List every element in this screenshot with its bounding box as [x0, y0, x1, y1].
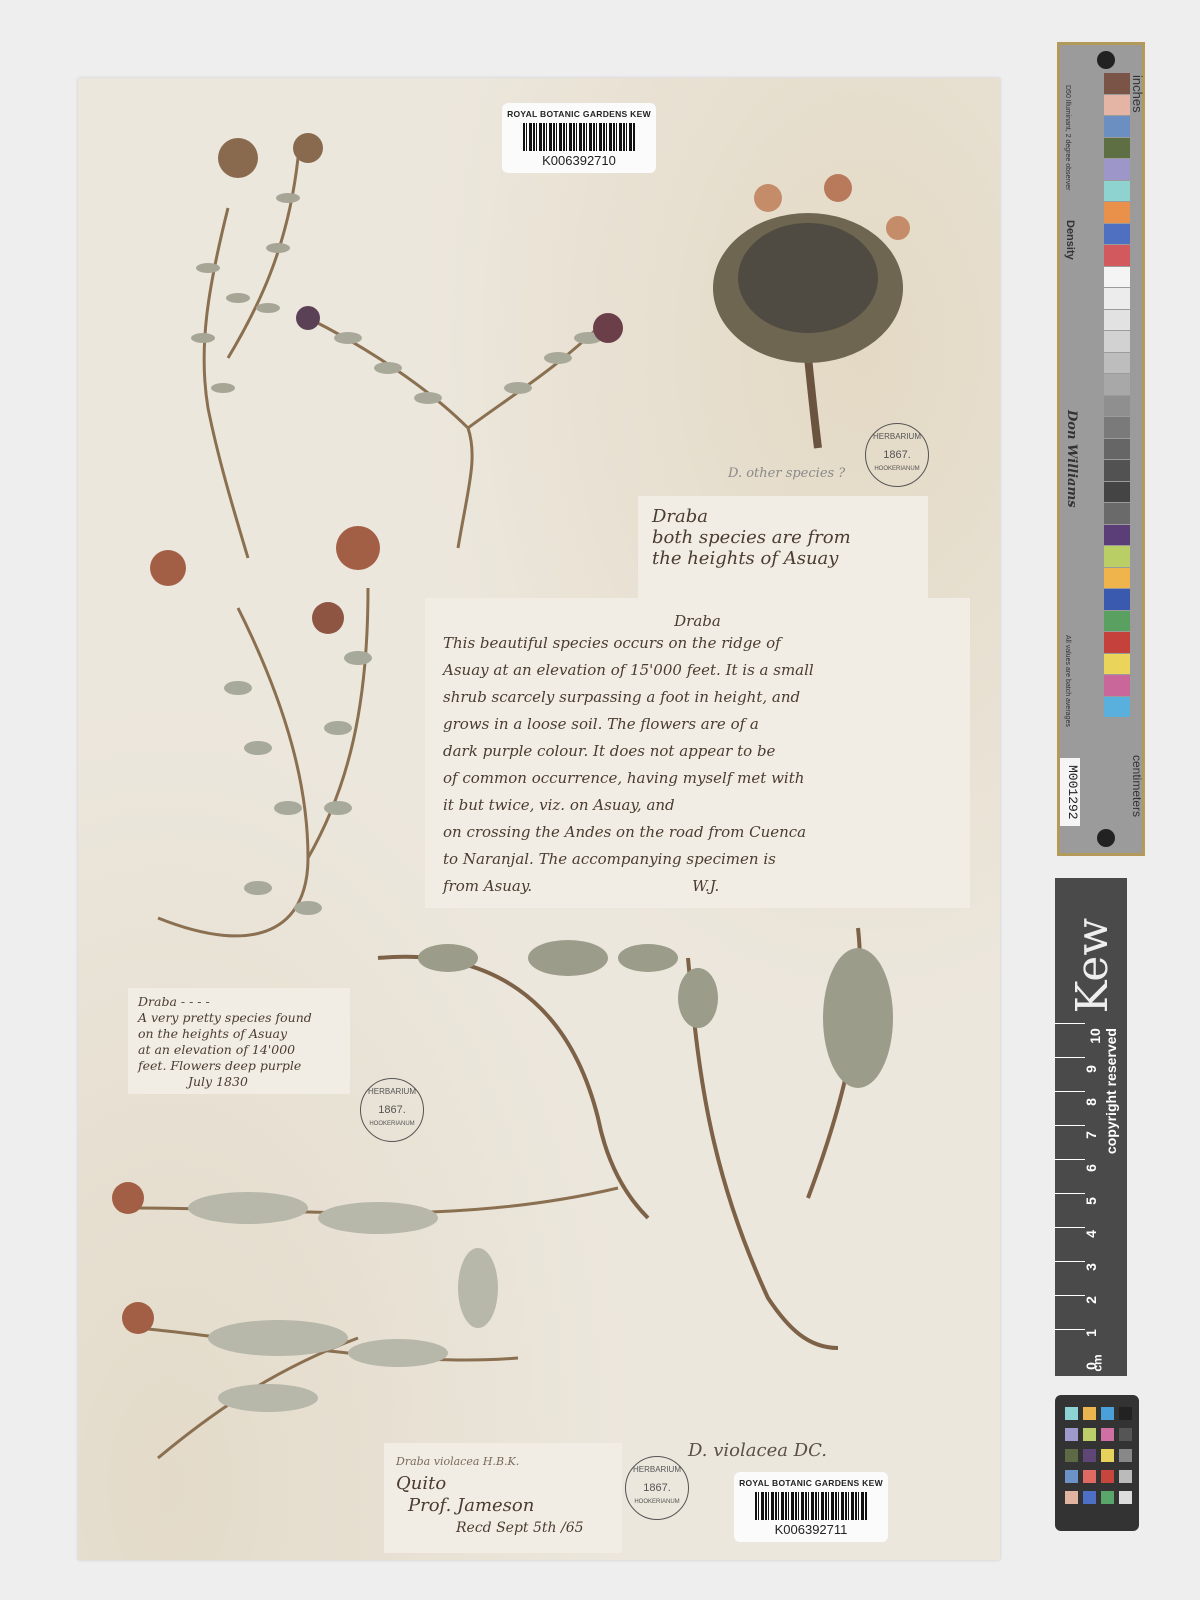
- label-title: Draba: [443, 612, 952, 630]
- barcode-number: K006392711: [734, 1522, 888, 1537]
- checker-patch: [1101, 1407, 1114, 1420]
- checker-gray-patch: [1119, 1428, 1132, 1441]
- target-code: M001292: [1060, 758, 1080, 826]
- color-checker-card: [1055, 1395, 1139, 1531]
- herbarium-stamp-3: HERBARIUM 1867. HOOKERIANUM: [625, 1456, 689, 1520]
- color-swatch: [1104, 331, 1130, 352]
- color-swatch: [1104, 95, 1130, 116]
- ruler-tick-label: 6: [1083, 1164, 1099, 1172]
- barcode-label-bottom: ROYAL BOTANIC GARDENS KEW K006392711: [734, 1472, 888, 1542]
- checker-patch: [1083, 1470, 1096, 1483]
- checker-patch: [1083, 1449, 1096, 1462]
- color-swatch: [1104, 546, 1130, 567]
- checker-patch: [1083, 1407, 1096, 1420]
- cm-unit-label: cm: [1091, 1354, 1105, 1371]
- color-swatch: [1104, 181, 1130, 202]
- color-swatch: [1104, 396, 1130, 417]
- checker-patch: [1101, 1491, 1114, 1504]
- color-swatch: [1104, 460, 1130, 481]
- kew-logo: Kew: [1067, 918, 1118, 1013]
- color-swatch: [1104, 310, 1130, 331]
- color-calibration-bar: inches centimeters D50 Illuminant, 2 deg…: [1057, 42, 1145, 856]
- color-swatch: [1104, 482, 1130, 503]
- checker-patch: [1101, 1449, 1114, 1462]
- color-swatch: [1104, 417, 1130, 438]
- barcode-icon: [755, 1492, 867, 1520]
- checker-gray-patch: [1119, 1449, 1132, 1462]
- ruler-tick-label: 1: [1083, 1329, 1099, 1337]
- ruler-tick-label: 10: [1087, 1028, 1103, 1044]
- label-title: Draba: [652, 506, 914, 527]
- institution-name: ROYAL BOTANIC GARDENS KEW: [734, 1478, 888, 1488]
- ruler-tick-label: 3: [1083, 1263, 1099, 1271]
- label-collector-jameson: Draba violacea H.B.K. Quito Prof. Jameso…: [384, 1443, 622, 1553]
- color-swatch: [1104, 589, 1130, 610]
- color-swatch: [1104, 138, 1130, 159]
- inches-label: inches: [1130, 75, 1145, 113]
- registration-dot-icon: [1097, 51, 1115, 69]
- registration-dot-icon: [1097, 829, 1115, 847]
- color-swatch: [1104, 675, 1130, 696]
- checker-patch: [1065, 1491, 1078, 1504]
- checker-patch: [1083, 1428, 1096, 1441]
- color-swatch: [1104, 288, 1130, 309]
- specimen-plant-3: [698, 158, 938, 458]
- ruler-tick-label: 8: [1083, 1098, 1099, 1106]
- color-swatch: [1104, 245, 1130, 266]
- barcode-number: K006392710: [502, 153, 656, 168]
- label-both-species: Draba both species are from the heights …: [638, 496, 928, 606]
- checker-patch: [1101, 1428, 1114, 1441]
- herbarium-sheet: ROYAL BOTANIC GARDENS KEW K006392710 HER…: [78, 78, 1000, 1560]
- checker-gray-patch: [1119, 1470, 1132, 1483]
- ruler-tick-label: 2: [1083, 1296, 1099, 1304]
- ruler-tick-label: 5: [1083, 1197, 1099, 1205]
- ruler-tick-label: 7: [1083, 1131, 1099, 1139]
- centimeters-label: centimeters: [1130, 755, 1144, 817]
- color-swatch: [1104, 159, 1130, 180]
- label-pretty-species: Draba - - - - A very pretty species foun…: [128, 988, 350, 1094]
- determination-label: D. violacea DC.: [688, 1440, 827, 1461]
- color-swatch: [1104, 224, 1130, 245]
- color-swatch: [1104, 632, 1130, 653]
- color-swatch: [1104, 73, 1130, 94]
- ruler-numbers: 012345678910: [1085, 1023, 1103, 1363]
- color-swatch: [1104, 267, 1130, 288]
- checker-patch: [1065, 1449, 1078, 1462]
- label-main-description: Draba This beautiful species occurs on t…: [425, 598, 970, 908]
- checker-gray-patch: [1119, 1407, 1132, 1420]
- checker-gray-patch: [1119, 1491, 1132, 1504]
- checker-patch: [1101, 1470, 1114, 1483]
- density-label: Density: [1064, 220, 1076, 260]
- specimen-plant-4: [108, 508, 438, 968]
- color-swatch: [1104, 503, 1130, 524]
- ruler-tick-label: 4: [1083, 1230, 1099, 1238]
- values-note: All values are batch averages: [1064, 635, 1071, 727]
- pencil-annotation: D. other species ?: [728, 466, 845, 481]
- checker-patch: [1083, 1491, 1096, 1504]
- ruler-tick-label: 9: [1083, 1065, 1099, 1073]
- color-swatch: [1104, 611, 1130, 632]
- color-swatch: [1104, 697, 1130, 718]
- color-swatch: [1104, 568, 1130, 589]
- color-swatch: [1104, 439, 1130, 460]
- barcode-label-top: ROYAL BOTANIC GARDENS KEW K006392710: [502, 103, 656, 173]
- herbarium-stamp-1: HERBARIUM 1867. HOOKERIANUM: [865, 423, 929, 487]
- label-title: Draba - - - -: [138, 994, 340, 1010]
- brand-label: Don Williams: [1064, 410, 1079, 508]
- checker-patch: [1065, 1470, 1078, 1483]
- color-swatches: [1104, 73, 1130, 718]
- color-swatch: [1104, 654, 1130, 675]
- herbarium-stamp-2: HERBARIUM 1867. HOOKERIANUM: [360, 1078, 424, 1142]
- institution-name: ROYAL BOTANIC GARDENS KEW: [502, 109, 656, 119]
- color-swatch: [1104, 353, 1130, 374]
- color-swatch: [1104, 374, 1130, 395]
- color-swatch: [1104, 525, 1130, 546]
- checker-patch: [1065, 1428, 1078, 1441]
- color-swatch: [1104, 116, 1130, 137]
- color-swatch: [1104, 202, 1130, 223]
- checker-patch: [1065, 1407, 1078, 1420]
- kew-scale-bar: Kew copyright reserved 012345678910 cm: [1055, 878, 1127, 1376]
- cm-ruler: [1055, 1023, 1085, 1363]
- copyright-label: copyright reserved: [1103, 1028, 1119, 1154]
- illuminant-note: D50 Illuminant, 2 degree observer: [1064, 85, 1071, 190]
- barcode-icon: [523, 123, 635, 151]
- signature: W.J.: [692, 877, 719, 895]
- specimen-plant-6: [98, 1138, 658, 1488]
